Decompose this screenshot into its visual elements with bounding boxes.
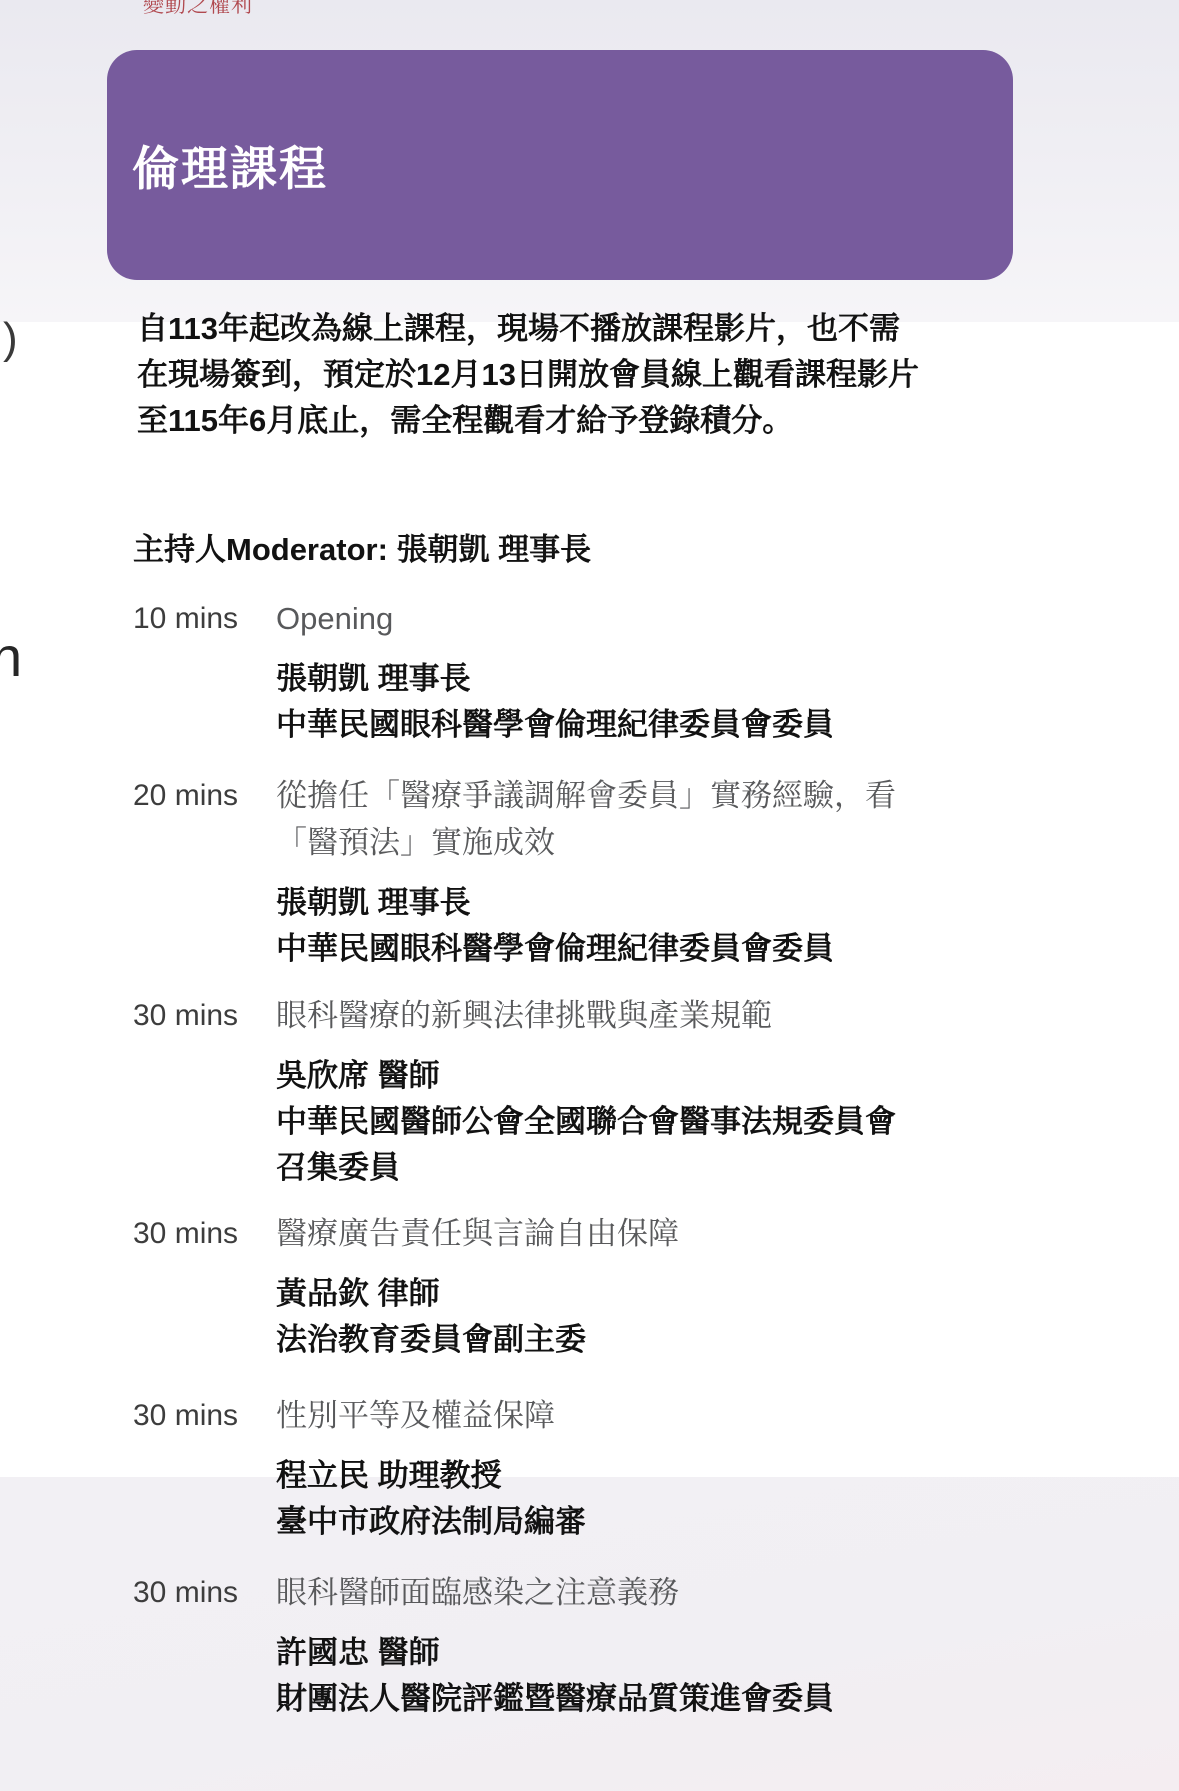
speaker-name: 張朝凱 理事長	[276, 880, 1053, 926]
intro-line-2: 在現場簽到，預定於12月13日開放會員線上觀看課程影片	[137, 352, 927, 398]
duration-label: 30 mins	[133, 992, 276, 1039]
schedule-row: 30 mins 眼科醫療的新興法律挑戰與產業規範 吳欣席 醫師 中華民國醫師公會…	[133, 992, 1053, 1191]
duration-label: 30 mins	[133, 1392, 276, 1439]
duration-label: 20 mins	[133, 772, 276, 819]
schedule-row: 30 mins 醫療廣告責任與言論自由保障 黃品欽 律師 法治教育委員會副主委	[133, 1210, 1053, 1363]
speaker-name: 吳欣席 醫師	[276, 1053, 1053, 1099]
duration-label: 10 mins	[133, 595, 276, 642]
schedule-row: 30 mins 性別平等及權益保障 程立民 助理教授 臺中市政府法制局編審	[133, 1392, 1053, 1545]
intro-line-1: 自113年起改為線上課程，現場不播放課程影片，也不需	[137, 306, 927, 352]
speaker-affiliation: 財團法人醫院評鑑暨醫療品質策進會委員	[276, 1676, 1053, 1722]
speaker-name: 許國忠 醫師	[276, 1630, 1053, 1676]
schedule-row: 20 mins 從擔任「醫療爭議調解會委員」實務經驗，看 「醫預法」實施成效 張…	[133, 772, 1053, 972]
session-title-line-2: 「醫預法」實施成效	[276, 819, 1053, 866]
session-title: Opening	[276, 595, 1053, 642]
session-title: 從擔任「醫療爭議調解會委員」實務經驗，看	[276, 772, 1053, 819]
session-title: 眼科醫療的新興法律挑戰與產業規範	[276, 992, 1053, 1039]
section-title: 倫理課程	[132, 132, 328, 199]
clipped-text-fragment-top: 變動之權利	[143, 0, 253, 16]
speaker-affiliation: 中華民國眼科醫學會倫理紀律委員會委員	[276, 702, 1053, 748]
session-title: 性別平等及權益保障	[276, 1392, 1053, 1439]
session-title: 醫療廣告責任與言論自由保障	[276, 1210, 1053, 1257]
speaker-affiliation: 臺中市政府法制局編審	[276, 1499, 1053, 1545]
speaker-affiliation: 中華民國醫師公會全國聯合會醫事法規委員會	[276, 1099, 1053, 1145]
intro-line-3: 至115年6月底止，需全程觀看才給予登錄積分。	[137, 398, 927, 444]
section-header-card: 倫理課程	[107, 50, 1013, 280]
session-title: 眼科醫師面臨感染之注意義務	[276, 1569, 1053, 1616]
clipped-text-fragment-letter: n	[0, 629, 22, 685]
schedule-row: 30 mins 眼科醫師面臨感染之注意義務 許國忠 醫師 財團法人醫院評鑑暨醫療…	[133, 1569, 1053, 1722]
intro-paragraph: 自113年起改為線上課程，現場不播放課程影片，也不需 在現場簽到，預定於12月1…	[137, 306, 927, 444]
speaker-affiliation-line-2: 召集委員	[276, 1145, 1053, 1191]
speaker-name: 張朝凱 理事長	[276, 656, 1053, 702]
schedule-row: 10 mins Opening 張朝凱 理事長 中華民國眼科醫學會倫理紀律委員會…	[133, 595, 1053, 748]
moderator-line: 主持人Moderator: 張朝凱 理事長	[133, 527, 591, 573]
speaker-name: 程立民 助理教授	[276, 1453, 1053, 1499]
duration-label: 30 mins	[133, 1569, 276, 1616]
speaker-affiliation: 中華民國眼科醫學會倫理紀律委員會委員	[276, 926, 1053, 972]
program-page: 變動之權利 ) n 倫理課程 自113年起改為線上課程，現場不播放課程影片，也不…	[0, 0, 1179, 1791]
speaker-name: 黃品欽 律師	[276, 1271, 1053, 1317]
clipped-text-fragment-paren: )	[3, 317, 18, 361]
speaker-affiliation: 法治教育委員會副主委	[276, 1317, 1053, 1363]
duration-label: 30 mins	[133, 1210, 276, 1257]
